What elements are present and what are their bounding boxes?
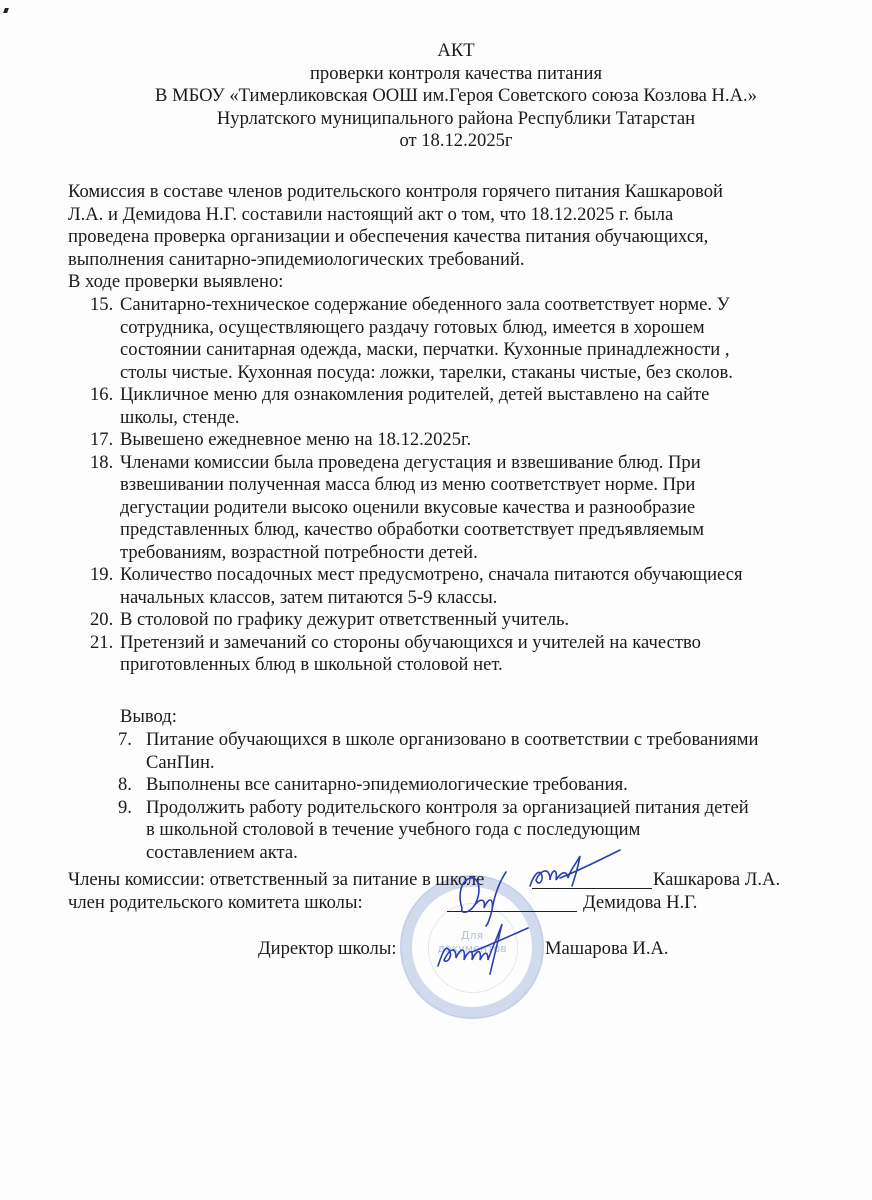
scan-mark (3, 8, 9, 13)
finding-item: 16. Цикличное меню для ознакомления роди… (90, 384, 810, 429)
intro-paragraph: Комиссия в составе членов родительского … (68, 181, 828, 294)
members-label: Члены комиссии: ответственный за питание… (68, 869, 484, 892)
findings-heading: В ходе проверки выявлено: (68, 271, 828, 294)
item-line: сотрудника, осуществляющего раздачу гото… (120, 317, 810, 340)
item-number: 19. (90, 564, 113, 587)
finding-item: 17. Вывешено ежедневное меню на 18.12.20… (90, 429, 810, 452)
item-line: Цикличное меню для ознакомления родителе… (120, 384, 810, 407)
findings-list: 15. Санитарно-техническое содержание обе… (90, 294, 810, 677)
item-line: Количество посадочных мест предусмотрено… (120, 564, 810, 587)
member2-name: Демидова Н.Г. (583, 892, 697, 915)
item-line: требованиям, возрастной потребности дете… (120, 542, 810, 565)
item-line: Питание обучающихся в школе организовано… (146, 729, 818, 752)
item-line: В столовой по графику дежурит ответствен… (120, 609, 810, 632)
item-number: 7. (118, 729, 132, 752)
intro-line: Комиссия в составе членов родительского … (68, 181, 828, 204)
conclusion-item: 9. Продолжить работу родительского контр… (118, 797, 818, 865)
item-line: состоянии санитарная одежда, маски, перч… (120, 339, 810, 362)
item-number: 17. (90, 429, 113, 452)
item-number: 15. (90, 294, 113, 317)
conclusions-list: 7. Питание обучающихся в школе организов… (118, 729, 818, 864)
item-number: 20. (90, 609, 113, 632)
finding-item: 21. Претензий и замечаний со стороны обу… (90, 632, 810, 677)
document-subtitle: проверки контроля качества питания (40, 63, 872, 86)
intro-line: выполнения санитарно-эпидемиологических … (68, 249, 828, 272)
item-line: Выполнены все санитарно-эпидемиологическ… (146, 774, 818, 797)
director-label: Директор школы: (258, 938, 397, 961)
signature-kashkarova-icon (520, 848, 630, 893)
item-line: столы чистые. Кухонная посуда: ложки, та… (120, 362, 810, 385)
item-line: составлением акта. (146, 842, 818, 865)
member1-name: Кашкарова Л.А. (653, 869, 780, 892)
document-date: от 18.12.2025г (40, 130, 872, 153)
item-number: 16. (90, 384, 113, 407)
item-line: СанПин. (146, 752, 818, 775)
finding-item: 18. Членами комиссии была проведена дегу… (90, 452, 810, 565)
director-name: Машарова И.А. (545, 938, 669, 961)
item-line: в школьной столовой в течение учебного г… (146, 819, 818, 842)
finding-item: 19. Количество посадочных мест предусмот… (90, 564, 810, 609)
item-line: школы, стенде. (120, 407, 810, 430)
committee-label: член родительского комитета школы: (68, 892, 363, 915)
item-line: дегустации родители высоко оценили вкусо… (120, 497, 810, 520)
item-line: начальных классов, затем питаются 5-9 кл… (120, 587, 810, 610)
item-line: представленных блюд, качество обработки … (120, 519, 810, 542)
finding-item: 20. В столовой по графику дежурит ответс… (90, 609, 810, 632)
item-number: 8. (118, 774, 132, 797)
conclusion-item: 7. Питание обучающихся в школе организов… (118, 729, 818, 774)
item-number: 21. (90, 632, 113, 655)
item-line: Санитарно-техническое содержание обеденн… (120, 294, 810, 317)
item-line: Вывешено ежедневное меню на 18.12.2025г. (120, 429, 810, 452)
school-name: В МБОУ «Тимерликовская ООШ им.Героя Сове… (40, 85, 872, 108)
item-line: приготовленных блюд в школьной столовой … (120, 654, 810, 677)
intro-line: Л.А. и Демидова Н.Г. составили настоящий… (68, 204, 828, 227)
item-number: 18. (90, 452, 113, 475)
document-header: АКТ проверки контроля качества питания В… (0, 40, 872, 153)
item-line: Претензий и замечаний со стороны обучающ… (120, 632, 810, 655)
signature-director-icon (432, 918, 532, 978)
item-line: Членами комиссии была проведена дегустац… (120, 452, 810, 475)
intro-line: проведена проверка организации и обеспеч… (68, 226, 828, 249)
region-name: Нурлатского муниципального района Респуб… (40, 108, 872, 131)
conclusion-item: 8. Выполнены все санитарно-эпидемиологич… (118, 774, 818, 797)
conclusion-heading: Вывод: (120, 706, 177, 729)
item-number: 9. (118, 797, 132, 820)
finding-item: 15. Санитарно-техническое содержание обе… (90, 294, 810, 384)
item-line: взвешивании полученная масса блюд из мен… (120, 474, 810, 497)
document-title: АКТ (40, 40, 872, 63)
item-line: Продолжить работу родительского контроля… (146, 797, 818, 820)
document-page: АКТ проверки контроля качества питания В… (0, 0, 872, 1200)
